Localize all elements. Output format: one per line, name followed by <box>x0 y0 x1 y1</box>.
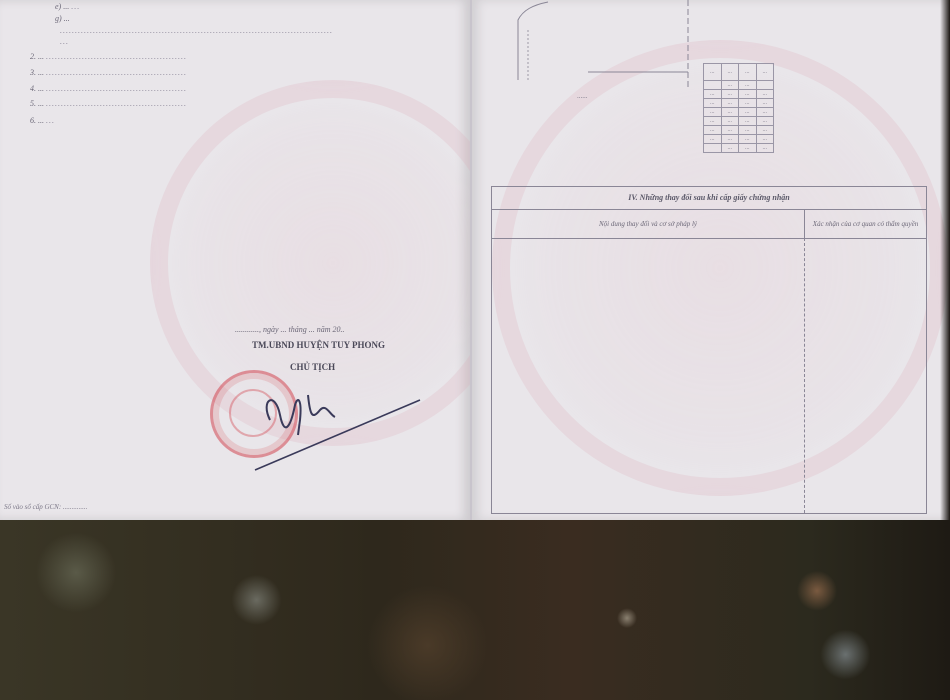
table-cell: ... <box>756 99 774 108</box>
table-cell: ... <box>756 144 774 153</box>
signature-date: ............, ngày ... tháng ... năm 20.… <box>235 325 345 334</box>
table-cell <box>704 81 722 90</box>
table-cell: ... <box>739 108 757 117</box>
section-4-title: IV. Những thay đổi sau khi cấp giấy chứn… <box>492 187 926 210</box>
table-cell: ... <box>756 90 774 99</box>
table-cell: ... <box>739 117 757 126</box>
table-cell: ... <box>721 99 739 108</box>
col-header-y: ... <box>739 64 757 81</box>
table-cell: ... <box>704 108 722 117</box>
table-row: ............ <box>704 126 774 135</box>
col-header-point: ... <box>704 64 722 81</box>
table-cell: ... <box>704 117 722 126</box>
table-cell: ... <box>704 90 722 99</box>
table-row: ............ <box>704 90 774 99</box>
sketch-label: ...... <box>577 92 588 100</box>
table-row: ............ <box>704 99 774 108</box>
certificate-register-number: Số vào sổ cấp GCN: .............. <box>4 503 87 511</box>
table-row: ...... <box>704 81 774 90</box>
boundary-coordinate-table: ... ... ... ... ........................… <box>703 63 774 153</box>
table-cell: ... <box>721 144 739 153</box>
table-row: ............ <box>704 117 774 126</box>
table-cell <box>756 81 774 90</box>
parcel-sketch-diagram <box>488 0 708 100</box>
table-cell: ... <box>721 135 739 144</box>
signer-title: CHỦ TỊCH <box>290 362 335 372</box>
col-header-distance: ... <box>756 64 774 81</box>
table-cell: ... <box>704 126 722 135</box>
col-header-changes: Nội dung thay đổi và cơ sở pháp lý <box>492 210 805 238</box>
table-cell: ... <box>756 108 774 117</box>
table-cell: ... <box>704 135 722 144</box>
line-g-detail-2: ... <box>60 37 69 46</box>
table-cell: ... <box>739 126 757 135</box>
table-row: ............ <box>704 108 774 117</box>
left-page: e) ... ... g) ... ......................… <box>0 0 470 520</box>
table-row: ............ <box>704 135 774 144</box>
table-cell: ... <box>721 117 739 126</box>
column-divider <box>804 238 806 513</box>
table-cell: ... <box>756 135 774 144</box>
table-cell: ... <box>739 135 757 144</box>
col-header-confirmation: Xác nhận của cơ quan có thẩm quyền <box>805 210 926 238</box>
table-cell: ... <box>721 126 739 135</box>
section-4-changes-table: IV. Những thay đổi sau khi cấp giấy chứn… <box>491 186 927 514</box>
table-cell: ... <box>739 99 757 108</box>
line-6: 6. ... ... <box>30 116 55 125</box>
page-edge-shadow <box>940 0 950 520</box>
line-e: e) ... ... <box>55 2 80 11</box>
table-cell: ... <box>739 90 757 99</box>
table-cell: ... <box>739 144 757 153</box>
table-cell: ... <box>721 90 739 99</box>
line-g-detail: ........................................… <box>60 26 333 35</box>
line-3: 3. ... .................................… <box>30 68 187 77</box>
table-surface-background <box>0 518 950 700</box>
line-2: 2. ... .................................… <box>30 52 187 61</box>
table-cell: ... <box>721 81 739 90</box>
table-cell: ... <box>721 108 739 117</box>
table-cell <box>704 144 722 153</box>
signature-icon <box>240 375 430 475</box>
line-5: 5. ... .................................… <box>30 99 187 108</box>
table-row: ......... <box>704 144 774 153</box>
table-cell: ... <box>756 126 774 135</box>
col-header-x: ... <box>721 64 739 81</box>
signing-organization: TM.UBND HUYỆN TUY PHONG <box>252 340 385 350</box>
table-cell: ... <box>704 99 722 108</box>
table-cell: ... <box>739 81 757 90</box>
line-4: 4. ... .................................… <box>30 84 187 93</box>
table-cell: ... <box>756 117 774 126</box>
line-g: g) ... <box>55 14 70 23</box>
